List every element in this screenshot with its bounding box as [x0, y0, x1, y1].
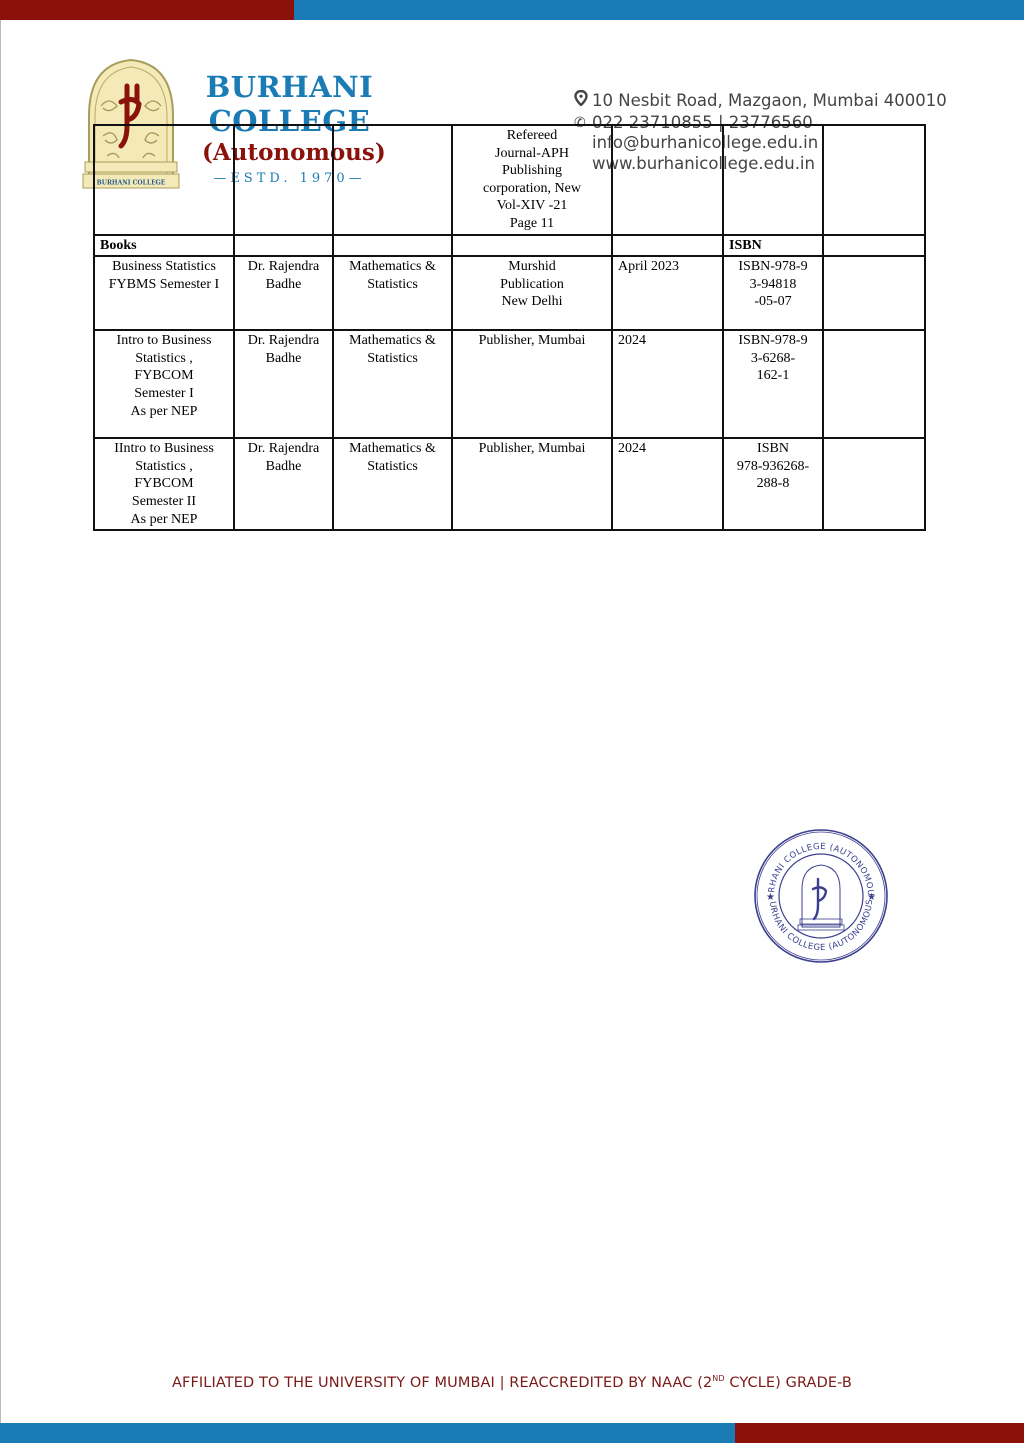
table-cell: ISBN 978-936268- 288-8 — [723, 438, 823, 530]
address-text: 10 Nesbit Road, Mazgaon, Mumbai 400010 — [592, 91, 947, 112]
table-cell: Mathematics & Statistics — [333, 330, 452, 438]
table-cell — [823, 125, 925, 235]
publications-table: Refereed Journal-APH Publishing corporat… — [93, 124, 926, 531]
table-cell: Mathematics & Statistics — [333, 438, 452, 530]
footer-bar-blue — [0, 1423, 735, 1443]
table-cell: Business Statistics FYBMS Semester I — [94, 256, 234, 330]
table-row: IIntro to Business Statistics , FYBCOM S… — [94, 438, 925, 530]
table-cell: Mathematics & Statistics — [333, 256, 452, 330]
table-cell — [612, 125, 723, 235]
table-cell: Intro to Business Statistics , FYBCOM Se… — [94, 330, 234, 438]
table-cell: ISBN-978-9 3-6268- 162-1 — [723, 330, 823, 438]
table-row: Refereed Journal-APH Publishing corporat… — [94, 125, 925, 235]
table-cell: Books — [94, 235, 234, 257]
address-line: 10 Nesbit Road, Mazgaon, Mumbai 400010 — [574, 90, 947, 113]
table-cell — [823, 256, 925, 330]
table-cell: April 2023 — [612, 256, 723, 330]
star-icon: ★ — [766, 892, 775, 903]
table-row: Business Statistics FYBMS Semester IDr. … — [94, 256, 925, 330]
table-cell: ISBN-978-9 3-94818 -05-07 — [723, 256, 823, 330]
table-cell — [823, 330, 925, 438]
table-cell: ISBN — [723, 235, 823, 257]
table-cell: 2024 — [612, 438, 723, 530]
table-cell: Dr. Rajendra Badhe — [234, 438, 333, 530]
table-cell — [723, 125, 823, 235]
header-bar-red — [0, 0, 294, 20]
page-edge — [0, 20, 1, 1423]
table-cell — [823, 438, 925, 530]
table-cell: IIntro to Business Statistics , FYBCOM S… — [94, 438, 234, 530]
table-row: Intro to Business Statistics , FYBCOM Se… — [94, 330, 925, 438]
table-cell — [612, 235, 723, 257]
svg-text:BURHANI COLLEGE (AUTONOMOUS): BURHANI COLLEGE (AUTONOMOUS) — [752, 827, 875, 896]
table-cell: Murshid Publication New Delhi — [452, 256, 612, 330]
table-cell — [234, 235, 333, 257]
accreditation-footer: AFFILIATED TO THE UNIVERSITY OF MUMBAI |… — [0, 1374, 1024, 1391]
table-cell — [94, 125, 234, 235]
table-cell: Refereed Journal-APH Publishing corporat… — [452, 125, 612, 235]
header-bar-blue — [294, 0, 1024, 20]
table-cell — [234, 125, 333, 235]
table-cell: Publisher, Mumbai — [452, 438, 612, 530]
table-cell: Publisher, Mumbai — [452, 330, 612, 438]
college-seal-stamp: BURHANI COLLEGE (AUTONOMOUS) BURHANI COL… — [752, 827, 890, 965]
table-cell: Dr. Rajendra Badhe — [234, 256, 333, 330]
table-cell — [333, 235, 452, 257]
location-pin-icon — [574, 90, 592, 113]
table-cell: 2024 — [612, 330, 723, 438]
footer-bar-red — [735, 1423, 1024, 1443]
star-icon: ★ — [867, 892, 876, 903]
table-section-row: BooksISBN — [94, 235, 925, 257]
college-name-line1: BURHANI — [202, 70, 377, 104]
table-cell — [333, 125, 452, 235]
table-cell — [823, 235, 925, 257]
table-cell — [452, 235, 612, 257]
table-cell: Dr. Rajendra Badhe — [234, 330, 333, 438]
